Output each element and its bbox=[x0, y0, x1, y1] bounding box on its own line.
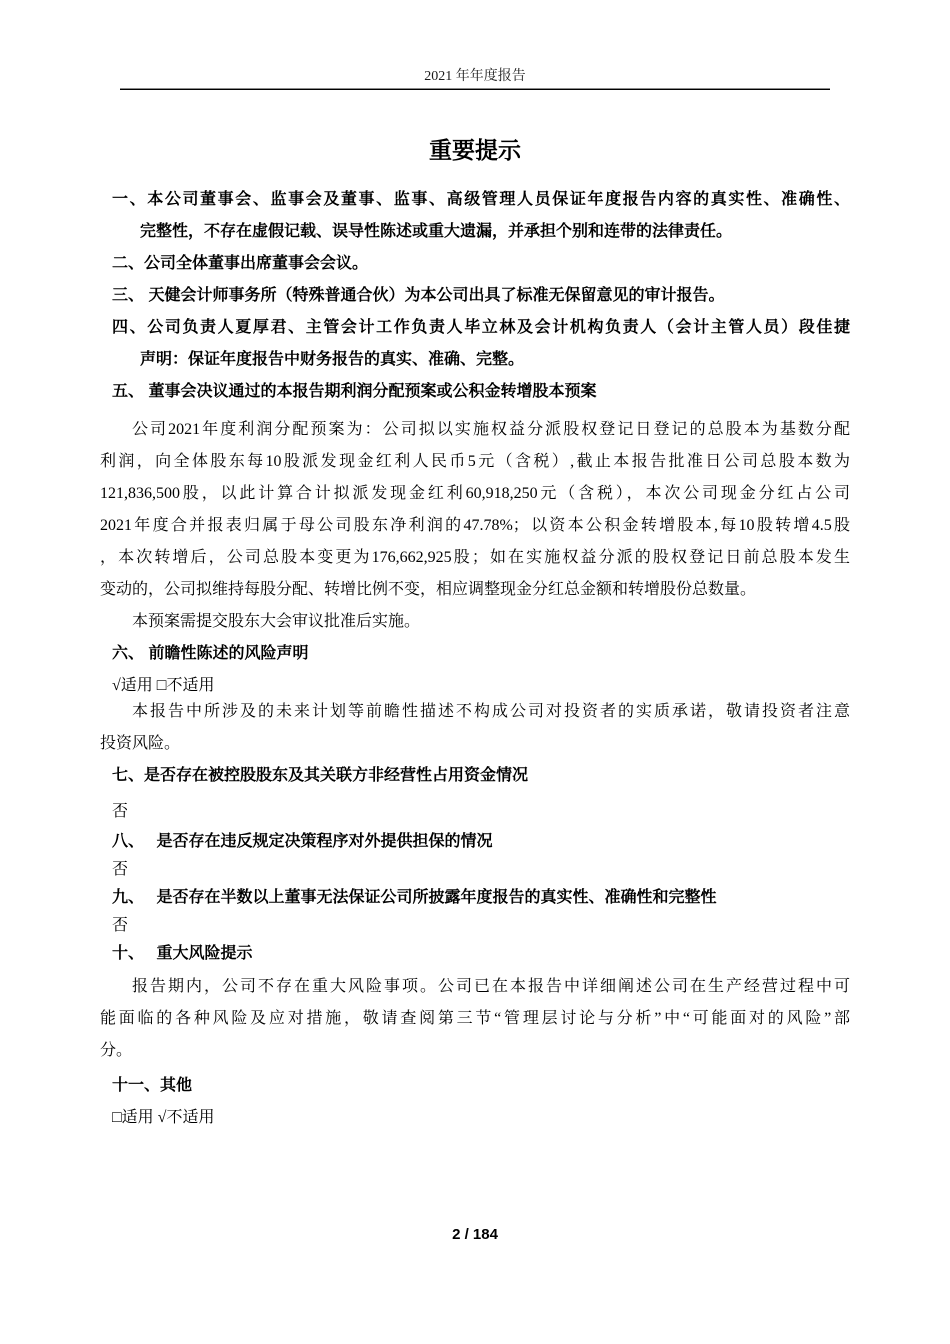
heading-line: 二、公司全体董事出席董事会会议。 bbox=[112, 248, 850, 280]
heading-line: 四、公司负责人夏厚君、主管会计工作负责人毕立林及会计机构负责人（会计主管人员）段… bbox=[112, 312, 850, 344]
page-header-title: 2021 年年度报告 bbox=[0, 0, 950, 85]
header-rule bbox=[120, 88, 830, 90]
paragraph-line: 报告期内，公司不存在重大风险事项。公司已在本报告中详细阐述公司在生产经营过程中可 bbox=[100, 971, 850, 1003]
paragraph-line: 本报告中所涉及的未来计划等前瞻性描述不构成公司对投资者的实质承诺，敬请投资者注意 bbox=[100, 696, 850, 728]
paragraph-line: 分。 bbox=[100, 1035, 850, 1067]
heading-line: 十、 重大风险提示 bbox=[112, 940, 850, 968]
heading-line: 八、 是否存在违反规定决策程序对外提供担保的情况 bbox=[112, 828, 850, 856]
document-body: 一、本公司董事会、监事会及董事、监事、高级管理人员保证年度报告内容的真实性、准确… bbox=[100, 184, 850, 1134]
heading-line: 三、 天健会计师事务所（特殊普通合伙）为本公司出具了标准无保留意见的审计报告。 bbox=[112, 280, 850, 312]
paragraph-line: 投资风险。 bbox=[100, 728, 850, 760]
paragraph-line: 121,836,500股，以此计算合计拟派发现金红利60,918,250元（含税… bbox=[100, 478, 850, 510]
report-page: 2021 年年度报告 重要提示 一、本公司董事会、监事会及董事、监事、高级管理人… bbox=[0, 0, 950, 1344]
answer-line: 否 bbox=[112, 796, 850, 828]
answer-line: 否 bbox=[112, 912, 850, 940]
checkbox-line: □适用 √不适用 bbox=[112, 1102, 850, 1134]
answer-line: 否 bbox=[112, 856, 850, 884]
heading-line: 十一、其他 bbox=[112, 1070, 850, 1102]
heading-line: 五、 董事会决议通过的本报告期利润分配预案或公积金转增股本预案 bbox=[112, 376, 850, 408]
section-title: 重要提示 bbox=[0, 134, 950, 166]
paragraph-line: ，本次转增后，公司总股本变更为176,662,925股；如在实施权益分派的股权登… bbox=[100, 542, 850, 574]
paragraph-line: 2021年度合并报表归属于母公司股东净利润的47.78%；以资本公积金转增股本,… bbox=[100, 510, 850, 542]
heading-line: 完整性，不存在虚假记载、误导性陈述或重大遗漏，并承担个别和连带的法律责任。 bbox=[140, 216, 850, 248]
heading-line: 七、是否存在被控股股东及其关联方非经营性占用资金情况 bbox=[112, 760, 850, 792]
paragraph-line: 变动的，公司拟维持每股分配、转增比例不变，相应调整现金分红总金额和转增股份总数量… bbox=[100, 574, 850, 606]
heading-line: 一、本公司董事会、监事会及董事、监事、高级管理人员保证年度报告内容的真实性、准确… bbox=[112, 184, 850, 216]
page-number: 2 / 184 bbox=[452, 1226, 498, 1243]
paragraph-line: 能面临的各种风险及应对措施，敬请查阅第三节“管理层讨论与分析”中“可能面对的风险… bbox=[100, 1003, 850, 1035]
paragraph-line: 利润，向全体股东每10股派发现金红利人民币5元（含税）,截止本报告批准日公司总股… bbox=[100, 446, 850, 478]
paragraph-line: 公司2021年度利润分配预案为：公司拟以实施权益分派股权登记日登记的总股本为基数… bbox=[100, 414, 850, 446]
page-footer: 2 / 184 bbox=[0, 1224, 950, 1246]
heading-line: 九、 是否存在半数以上董事无法保证公司所披露年度报告的真实性、准确性和完整性 bbox=[112, 884, 850, 912]
heading-line: 声明：保证年度报告中财务报告的真实、准确、完整。 bbox=[140, 344, 850, 376]
heading-line: 六、 前瞻性陈述的风险声明 bbox=[112, 638, 850, 670]
paragraph-line: 本预案需提交股东大会审议批准后实施。 bbox=[100, 606, 850, 638]
